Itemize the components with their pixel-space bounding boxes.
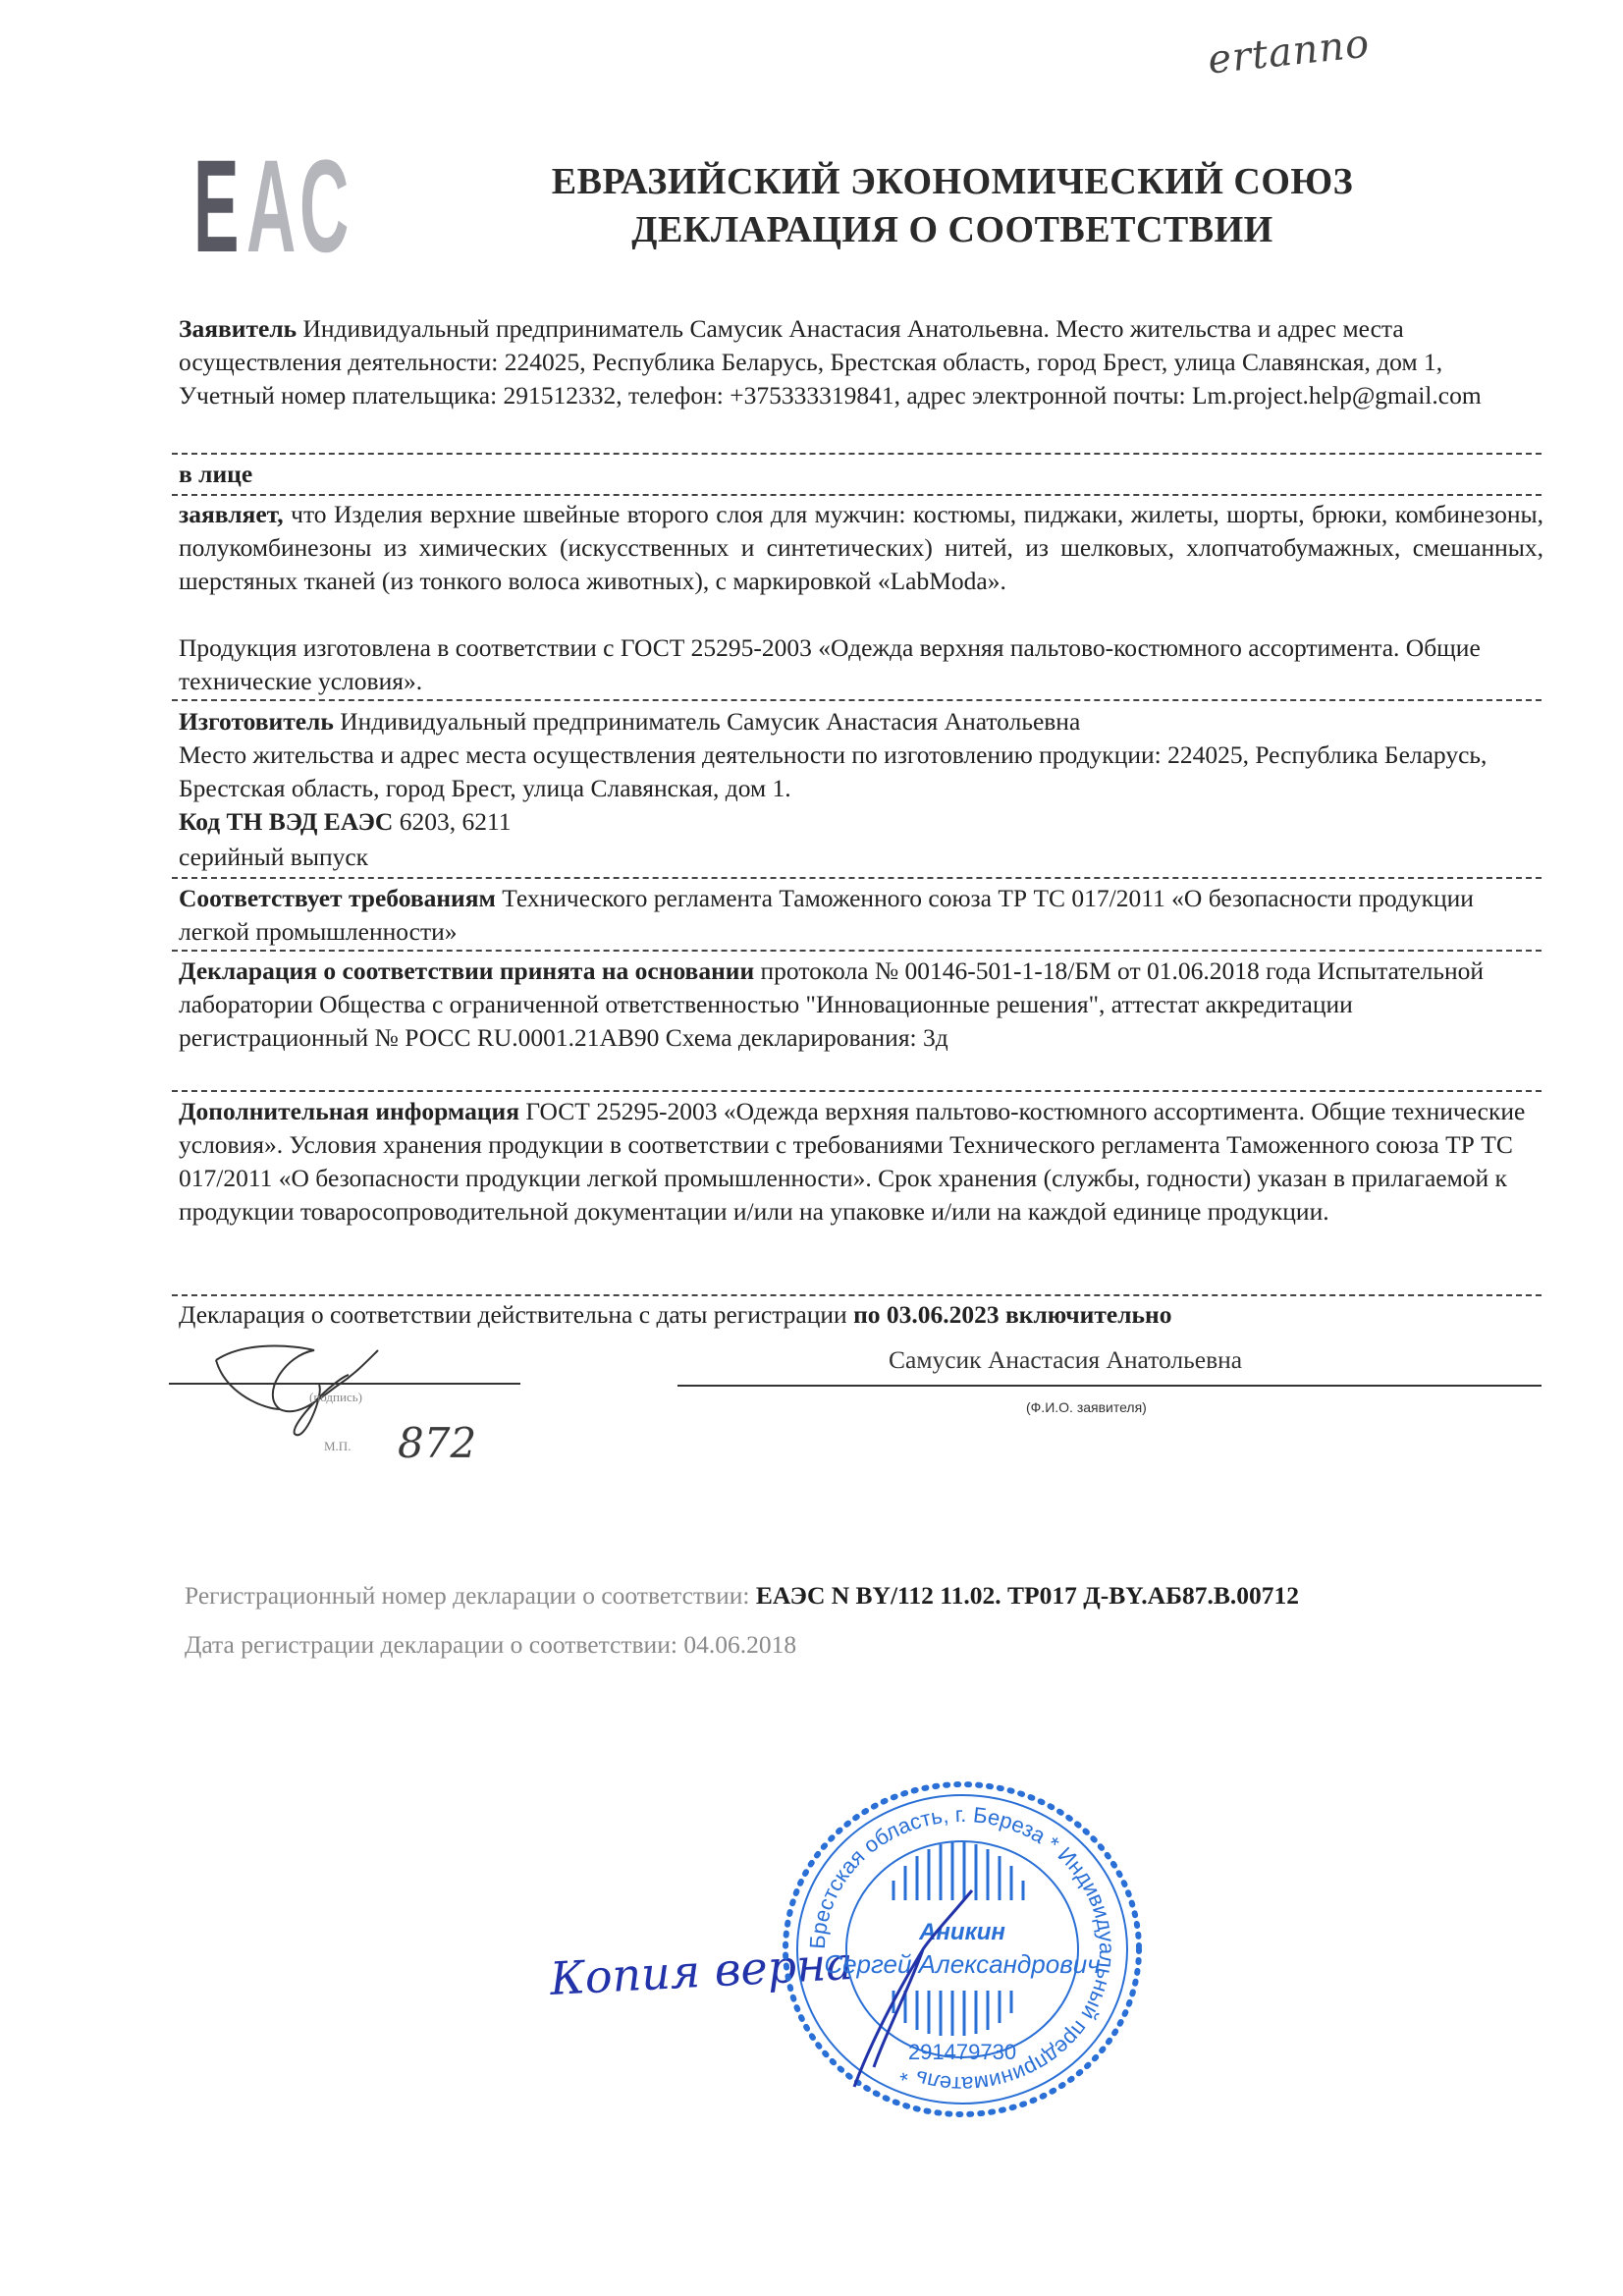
registration-date: Дата регистрации декларации о соответств…: [185, 1630, 796, 1660]
declaration-title: ДЕКЛАРАЦИЯ О СООТВЕТСТВИИ: [461, 206, 1443, 253]
applicant-name: Самусик Анастасия Анатольевна: [889, 1345, 1242, 1375]
fio-caption: (Ф.И.О. заявителя): [1026, 1399, 1147, 1415]
represented-by-section: в лице: [179, 458, 1543, 491]
divider: [172, 877, 1542, 879]
handwritten-corner-note: ertanno: [1206, 21, 1372, 82]
signature-caption: (подпись): [309, 1390, 362, 1405]
eac-logo: E A C: [193, 149, 327, 265]
registration-number-value: ЕАЭС N BY/112 11.02. ТР017 Д-BY.АБ87.В.0…: [756, 1581, 1299, 1610]
eac-logo-letter-c: C: [299, 149, 322, 265]
divider: [172, 1294, 1542, 1296]
basis-section: Декларация о соответствии принята на осн…: [179, 955, 1543, 1055]
stamp-number: 291479730: [908, 2040, 1016, 2064]
tn-ved-section: Код ТН ВЭД ЕАЭС 6203, 6211: [179, 805, 1543, 839]
manufacturer-label: Изготовитель: [179, 707, 334, 736]
union-title: ЕВРАЗИЙСКИЙ ЭКОНОМИЧЕСКИЙ СОЮЗ: [461, 157, 1443, 206]
tn-ved-value: 6203, 6211: [400, 807, 512, 836]
document-header: ЕВРАЗИЙСКИЙ ЭКОНОМИЧЕСКИЙ СОЮЗ ДЕКЛАРАЦИ…: [461, 157, 1443, 253]
registration-number-label: Регистрационный номер декларации о соотв…: [185, 1581, 750, 1610]
validity-date: по 03.06.2023 включительно: [853, 1300, 1171, 1329]
divider: [172, 453, 1542, 455]
produced-per-text: Продукция изготовлена в соответствии с Г…: [179, 633, 1481, 695]
applicant-section: Заявитель Индивидуальный предприниматель…: [179, 312, 1543, 412]
eac-logo-letter-e: E: [193, 149, 216, 265]
official-stamp: Брестская область, г. Береза * Индивидуа…: [776, 1773, 1149, 2126]
divider: [172, 950, 1542, 952]
name-line: [677, 1385, 1542, 1387]
divider: [172, 699, 1542, 701]
additional-info-label: Дополнительная информация: [179, 1097, 519, 1125]
divider: [172, 1090, 1542, 1092]
additional-info-section: Дополнительная информация ГОСТ 25295-200…: [179, 1095, 1543, 1229]
declares-text: что Изделия верхние швейные второго слоя…: [179, 500, 1543, 595]
manufacturer-section: Изготовитель Индивидуальный предпринимат…: [179, 705, 1543, 738]
manufacturer-address: Место жительства и адрес места осуществл…: [179, 740, 1487, 802]
eac-logo-letter-a: A: [246, 149, 269, 265]
signature-line: [169, 1383, 520, 1385]
registration-date-value: 04.06.2018: [683, 1630, 796, 1659]
release-type: серийный выпуск: [179, 843, 368, 871]
registration-date-label: Дата регистрации декларации о соответств…: [185, 1630, 677, 1659]
conforms-label: Соответствует требованиям: [179, 884, 496, 912]
registration-number: Регистрационный номер декларации о соотв…: [185, 1581, 1299, 1611]
applicant-label: Заявитель: [179, 314, 297, 343]
conforms-section: Соответствует требованиям Технического р…: [179, 882, 1543, 949]
manufacturer-name: Индивидуальный предприниматель Самусик А…: [340, 707, 1080, 736]
applicant-text: Индивидуальный предприниматель Самусик А…: [179, 314, 1482, 410]
stamp-name-line2: Сергей Александрович: [824, 1949, 1100, 1979]
declares-section: заявляет, что Изделия верхние швейные вт…: [179, 498, 1543, 598]
handwritten-number: 872: [398, 1419, 476, 1467]
represented-by-label: в лице: [179, 460, 252, 488]
manufacturer-address-section: Место жительства и адрес места осуществл…: [179, 738, 1543, 805]
release-section: серийный выпуск: [179, 841, 1543, 874]
stamp-place-label: М.П.: [324, 1439, 351, 1454]
declares-label: заявляет,: [179, 500, 284, 528]
produced-per-section: Продукция изготовлена в соответствии с Г…: [179, 631, 1543, 698]
basis-label: Декларация о соответствии принята на осн…: [179, 957, 754, 985]
divider: [172, 494, 1542, 496]
tn-ved-label: Код ТН ВЭД ЕАЭС: [179, 807, 393, 836]
validity-label: Декларация о соответствии действительна …: [179, 1300, 847, 1329]
stamp-name-line1: Аникин: [918, 1919, 1005, 1945]
